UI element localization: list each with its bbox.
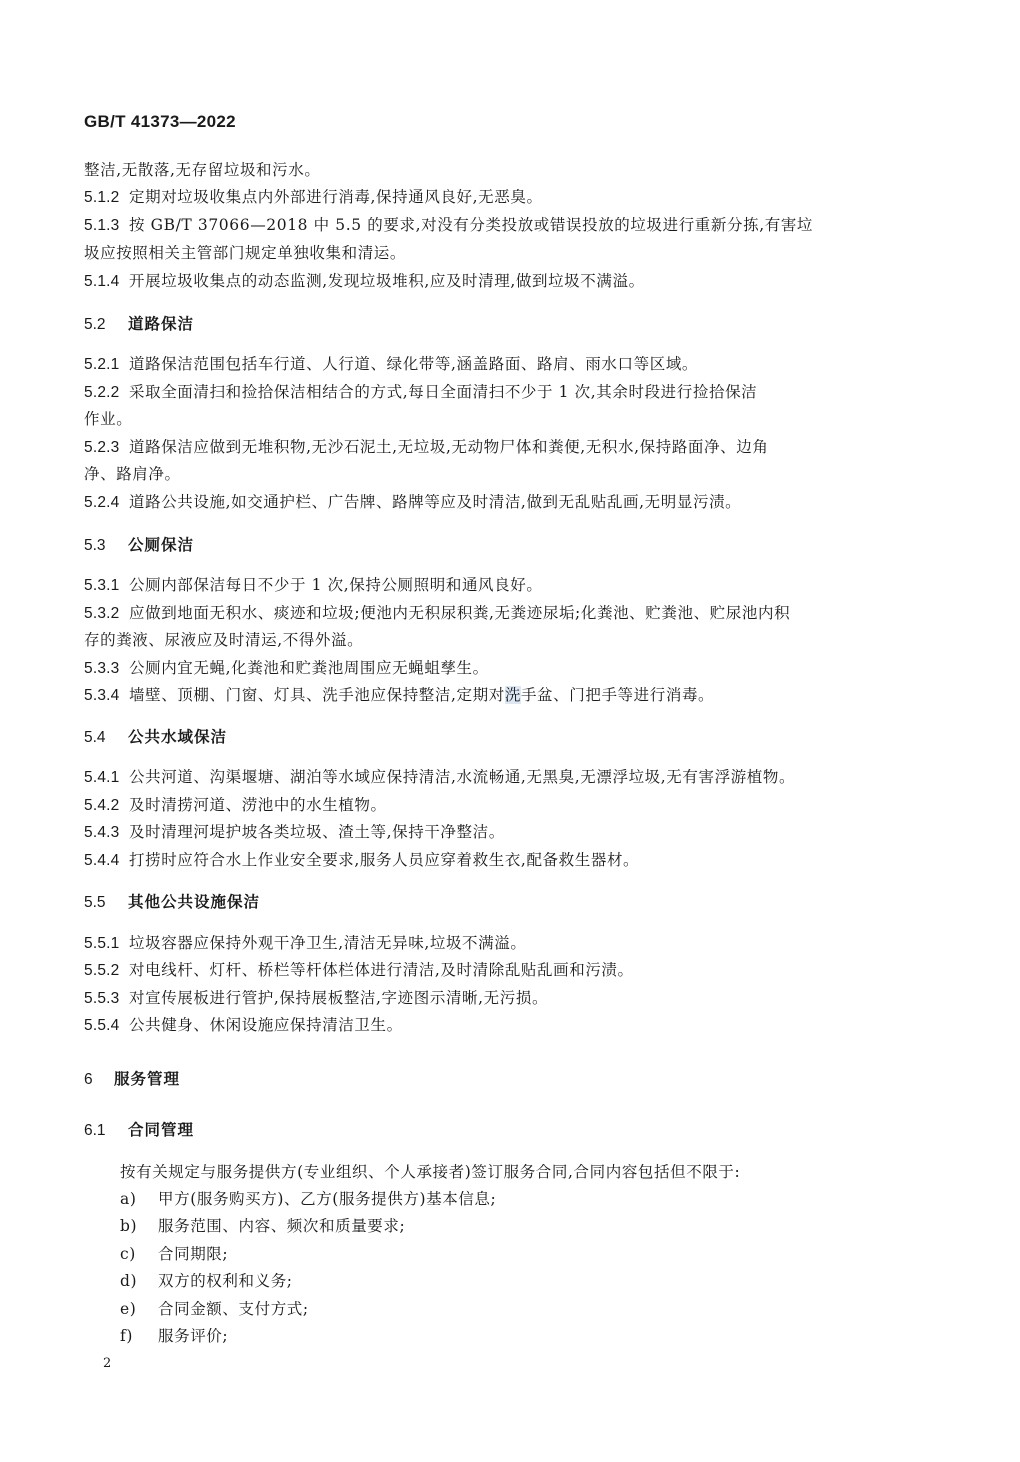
clause-text: 公共健身、休闲设施应保持清洁卫生。 — [129, 1016, 403, 1034]
section-heading-5-3: 5.3公厕保洁 — [84, 535, 194, 556]
clause-text: 开展垃圾收集点的动态监测,发现垃圾堆积,应及时清理,做到垃圾不满溢。 — [129, 272, 645, 290]
clause-5-1-2: 5.1.2定期对垃圾收集点内外部进行消毒,保持通风良好,无恶臭。 — [84, 187, 543, 208]
clause-5-4-1: 5.4.1公共河道、沟渠堰塘、湖泊等水域应保持清洁,水流畅通,无黑臭,无漂浮垃圾… — [84, 767, 795, 788]
clause-5-3-2-cont: 存的粪液、尿液应及时清运,不得外溢。 — [84, 630, 363, 650]
list-item-e: e)合同金额、支付方式; — [120, 1299, 309, 1319]
clause-number: 5.4.4 — [84, 851, 129, 871]
chapter-heading-6: 6服务管理 — [84, 1069, 180, 1090]
section-heading-5-2: 5.2道路保洁 — [84, 314, 194, 335]
clause-number: 5.2.3 — [84, 438, 129, 458]
clause-number: 5.1.3 — [84, 216, 129, 236]
clause-text: 道路保洁应做到无堆积物,无沙石泥土,无垃圾,无动物尸体和粪便,无积水,保持路面净… — [129, 438, 768, 456]
list-marker: d) — [120, 1271, 158, 1291]
clause-5-4-2: 5.4.2及时清捞河道、涝池中的水生植物。 — [84, 795, 387, 816]
clause-5-2-1: 5.2.1道路保洁范围包括车行道、人行道、绿化带等,涵盖路面、路肩、雨水口等区域… — [84, 354, 698, 375]
clause-5-5-3: 5.5.3对宣传展板进行管护,保持展板整洁,字迹图示清晰,无污损。 — [84, 988, 548, 1009]
chapter-number: 6 — [84, 1070, 114, 1090]
clause-5-2-2: 5.2.2采取全面清扫和捡拾保洁相结合的方式,每日全面清扫不少于 1 次,其余时… — [84, 382, 757, 403]
clause-text: 应做到地面无积水、痰迹和垃圾;便池内无积尿积粪,无粪迹尿垢;化粪池、贮粪池、贮尿… — [129, 604, 790, 622]
clause-5-3-4: 5.3.4墙壁、顶棚、门窗、灯具、洗手池应保持整洁,定期对洗手盆、门把手等进行消… — [84, 685, 714, 706]
clause-number: 5.1.2 — [84, 188, 129, 208]
clause-5-2-2-cont: 作业。 — [84, 409, 132, 429]
clause-text: 采取全面清扫和捡拾保洁相结合的方式,每日全面清扫不少于 1 次,其余时段进行捡拾… — [129, 383, 757, 401]
clause-text: 打捞时应符合水上作业安全要求,服务人员应穿着救生衣,配备救生器材。 — [129, 851, 639, 869]
clause-text: 定期对垃圾收集点内外部进行消毒,保持通风良好,无恶臭。 — [129, 188, 543, 206]
list-item-a: a)甲方(服务购买方)、乙方(服务提供方)基本信息; — [120, 1189, 496, 1209]
clause-text: 公厕内部保洁每日不少于 1 次,保持公厕照明和通风良好。 — [129, 576, 542, 594]
clause-5-1-3: 5.1.3按 GB/T 37066—2018 中 5.5 的要求,对没有分类投放… — [84, 215, 813, 236]
section-heading-5-5: 5.5其他公共设施保洁 — [84, 892, 260, 913]
clause-text: 及时清理河堤护坡各类垃圾、渣土等,保持干净整洁。 — [129, 823, 505, 841]
clause-5-4-3: 5.4.3及时清理河堤护坡各类垃圾、渣土等,保持干净整洁。 — [84, 822, 505, 843]
clause-text: 对电线杆、灯杆、桥栏等杆体栏体进行清洁,及时清除乱贴乱画和污渍。 — [129, 961, 634, 979]
section-title: 合同管理 — [128, 1121, 194, 1139]
section-number: 6.1 — [84, 1121, 128, 1141]
clause-text: 按 GB/T 37066—2018 中 5.5 的要求,对没有分类投放或错误投放… — [129, 216, 813, 234]
document-page: GB/T 41373—2022 整洁,无散落,无存留垃圾和污水。 5.1.2定期… — [0, 0, 1020, 1462]
clause-5-5-2: 5.5.2对电线杆、灯杆、桥栏等杆体栏体进行清洁,及时清除乱贴乱画和污渍。 — [84, 960, 634, 981]
clause-5-5-4: 5.5.4公共健身、休闲设施应保持清洁卫生。 — [84, 1015, 403, 1036]
clause-text: 道路公共设施,如交通护栏、广告牌、路牌等应及时清洁,做到无乱贴乱画,无明显污渍。 — [129, 493, 741, 511]
clause-5-4-4: 5.4.4打捞时应符合水上作业安全要求,服务人员应穿着救生衣,配备救生器材。 — [84, 850, 639, 871]
section-title: 公厕保洁 — [128, 536, 194, 554]
section-title: 公共水域保洁 — [128, 728, 227, 746]
list-item-b: b)服务范围、内容、频次和质量要求; — [120, 1216, 405, 1236]
list-text: 合同金额、支付方式; — [158, 1300, 309, 1318]
list-marker: f) — [120, 1326, 158, 1346]
paragraph-6-1-intro: 按有关规定与服务提供方(专业组织、个人承接者)签订服务合同,合同内容包括但不限于… — [120, 1162, 740, 1182]
list-text: 双方的权利和义务; — [158, 1272, 293, 1290]
clause-text: 公共河道、沟渠堰塘、湖泊等水域应保持清洁,水流畅通,无黑臭,无漂浮垃圾,无有害浮… — [129, 768, 795, 786]
section-heading-5-4: 5.4公共水域保洁 — [84, 727, 227, 748]
section-number: 5.4 — [84, 728, 128, 748]
clause-text: 垃圾容器应保持外观干净卫生,清洁无异味,垃圾不满溢。 — [129, 934, 526, 952]
clause-number: 5.4.1 — [84, 768, 129, 788]
clause-number: 5.5.3 — [84, 989, 129, 1009]
section-number: 5.3 — [84, 536, 128, 556]
clause-5-1-3-cont: 圾应按照相关主管部门规定单独收集和清运。 — [84, 243, 406, 263]
clause-text: 公厕内宜无蝇,化粪池和贮粪池周围应无蝇蛆孳生。 — [129, 659, 489, 677]
clause-number: 5.3.3 — [84, 659, 129, 679]
clause-number: 5.5.4 — [84, 1016, 129, 1036]
clause-number: 5.3.1 — [84, 576, 129, 596]
clause-text-rest: 手盆、门把手等进行消毒。 — [521, 686, 714, 704]
clause-number: 5.5.1 — [84, 934, 129, 954]
clause-number: 5.2.2 — [84, 383, 129, 403]
section-heading-6-1: 6.1合同管理 — [84, 1120, 194, 1141]
clause-5-2-3-cont: 净、路肩净。 — [84, 464, 181, 484]
section-number: 5.2 — [84, 315, 128, 335]
clause-number: 5.5.2 — [84, 961, 129, 981]
list-text: 甲方(服务购买方)、乙方(服务提供方)基本信息; — [158, 1190, 496, 1208]
chapter-title: 服务管理 — [114, 1070, 180, 1088]
clause-text: 对宣传展板进行管护,保持展板整洁,字迹图示清晰,无污损。 — [129, 989, 548, 1007]
clause-text: 及时清捞河道、涝池中的水生植物。 — [129, 796, 387, 814]
continuation-text: 整洁,无散落,无存留垃圾和污水。 — [84, 160, 320, 180]
clause-number: 5.3.4 — [84, 686, 129, 706]
clause-number: 5.1.4 — [84, 272, 129, 292]
clause-number: 5.3.2 — [84, 604, 129, 624]
list-marker: a) — [120, 1189, 158, 1209]
list-marker: c) — [120, 1244, 158, 1264]
list-item-c: c)合同期限; — [120, 1244, 228, 1264]
clause-5-3-2: 5.3.2应做到地面无积水、痰迹和垃圾;便池内无积尿积粪,无粪迹尿垢;化粪池、贮… — [84, 603, 790, 624]
clause-number: 5.2.4 — [84, 493, 129, 513]
clause-text: 道路保洁范围包括车行道、人行道、绿化带等,涵盖路面、路肩、雨水口等区域。 — [129, 355, 698, 373]
list-marker: b) — [120, 1216, 158, 1236]
text-selection-highlight[interactable]: 洗 — [505, 686, 521, 704]
list-text: 服务范围、内容、频次和质量要求; — [158, 1217, 405, 1235]
clause-5-1-4: 5.1.4开展垃圾收集点的动态监测,发现垃圾堆积,应及时清理,做到垃圾不满溢。 — [84, 271, 645, 292]
clause-text: 墙壁、顶棚、门窗、灯具、洗手池应保持整洁,定期对 — [129, 686, 505, 704]
clause-5-3-3: 5.3.3公厕内宜无蝇,化粪池和贮粪池周围应无蝇蛆孳生。 — [84, 658, 489, 679]
list-item-d: d)双方的权利和义务; — [120, 1271, 293, 1291]
clause-5-2-3: 5.2.3道路保洁应做到无堆积物,无沙石泥土,无垃圾,无动物尸体和粪便,无积水,… — [84, 437, 768, 458]
list-text: 合同期限; — [158, 1245, 228, 1263]
clause-number: 5.4.2 — [84, 796, 129, 816]
clause-number: 5.4.3 — [84, 823, 129, 843]
clause-5-3-1: 5.3.1公厕内部保洁每日不少于 1 次,保持公厕照明和通风良好。 — [84, 575, 542, 596]
clause-5-2-4: 5.2.4道路公共设施,如交通护栏、广告牌、路牌等应及时清洁,做到无乱贴乱画,无… — [84, 492, 741, 513]
section-number: 5.5 — [84, 893, 128, 913]
clause-number: 5.2.1 — [84, 355, 129, 375]
list-marker: e) — [120, 1299, 158, 1319]
clause-5-5-1: 5.5.1垃圾容器应保持外观干净卫生,清洁无异味,垃圾不满溢。 — [84, 933, 526, 954]
page-number: 2 — [103, 1356, 111, 1371]
list-text: 服务评价; — [158, 1327, 228, 1345]
section-title: 道路保洁 — [128, 315, 194, 333]
list-item-f: f)服务评价; — [120, 1326, 228, 1346]
section-title: 其他公共设施保洁 — [128, 893, 260, 911]
standard-code-header: GB/T 41373—2022 — [84, 112, 236, 132]
